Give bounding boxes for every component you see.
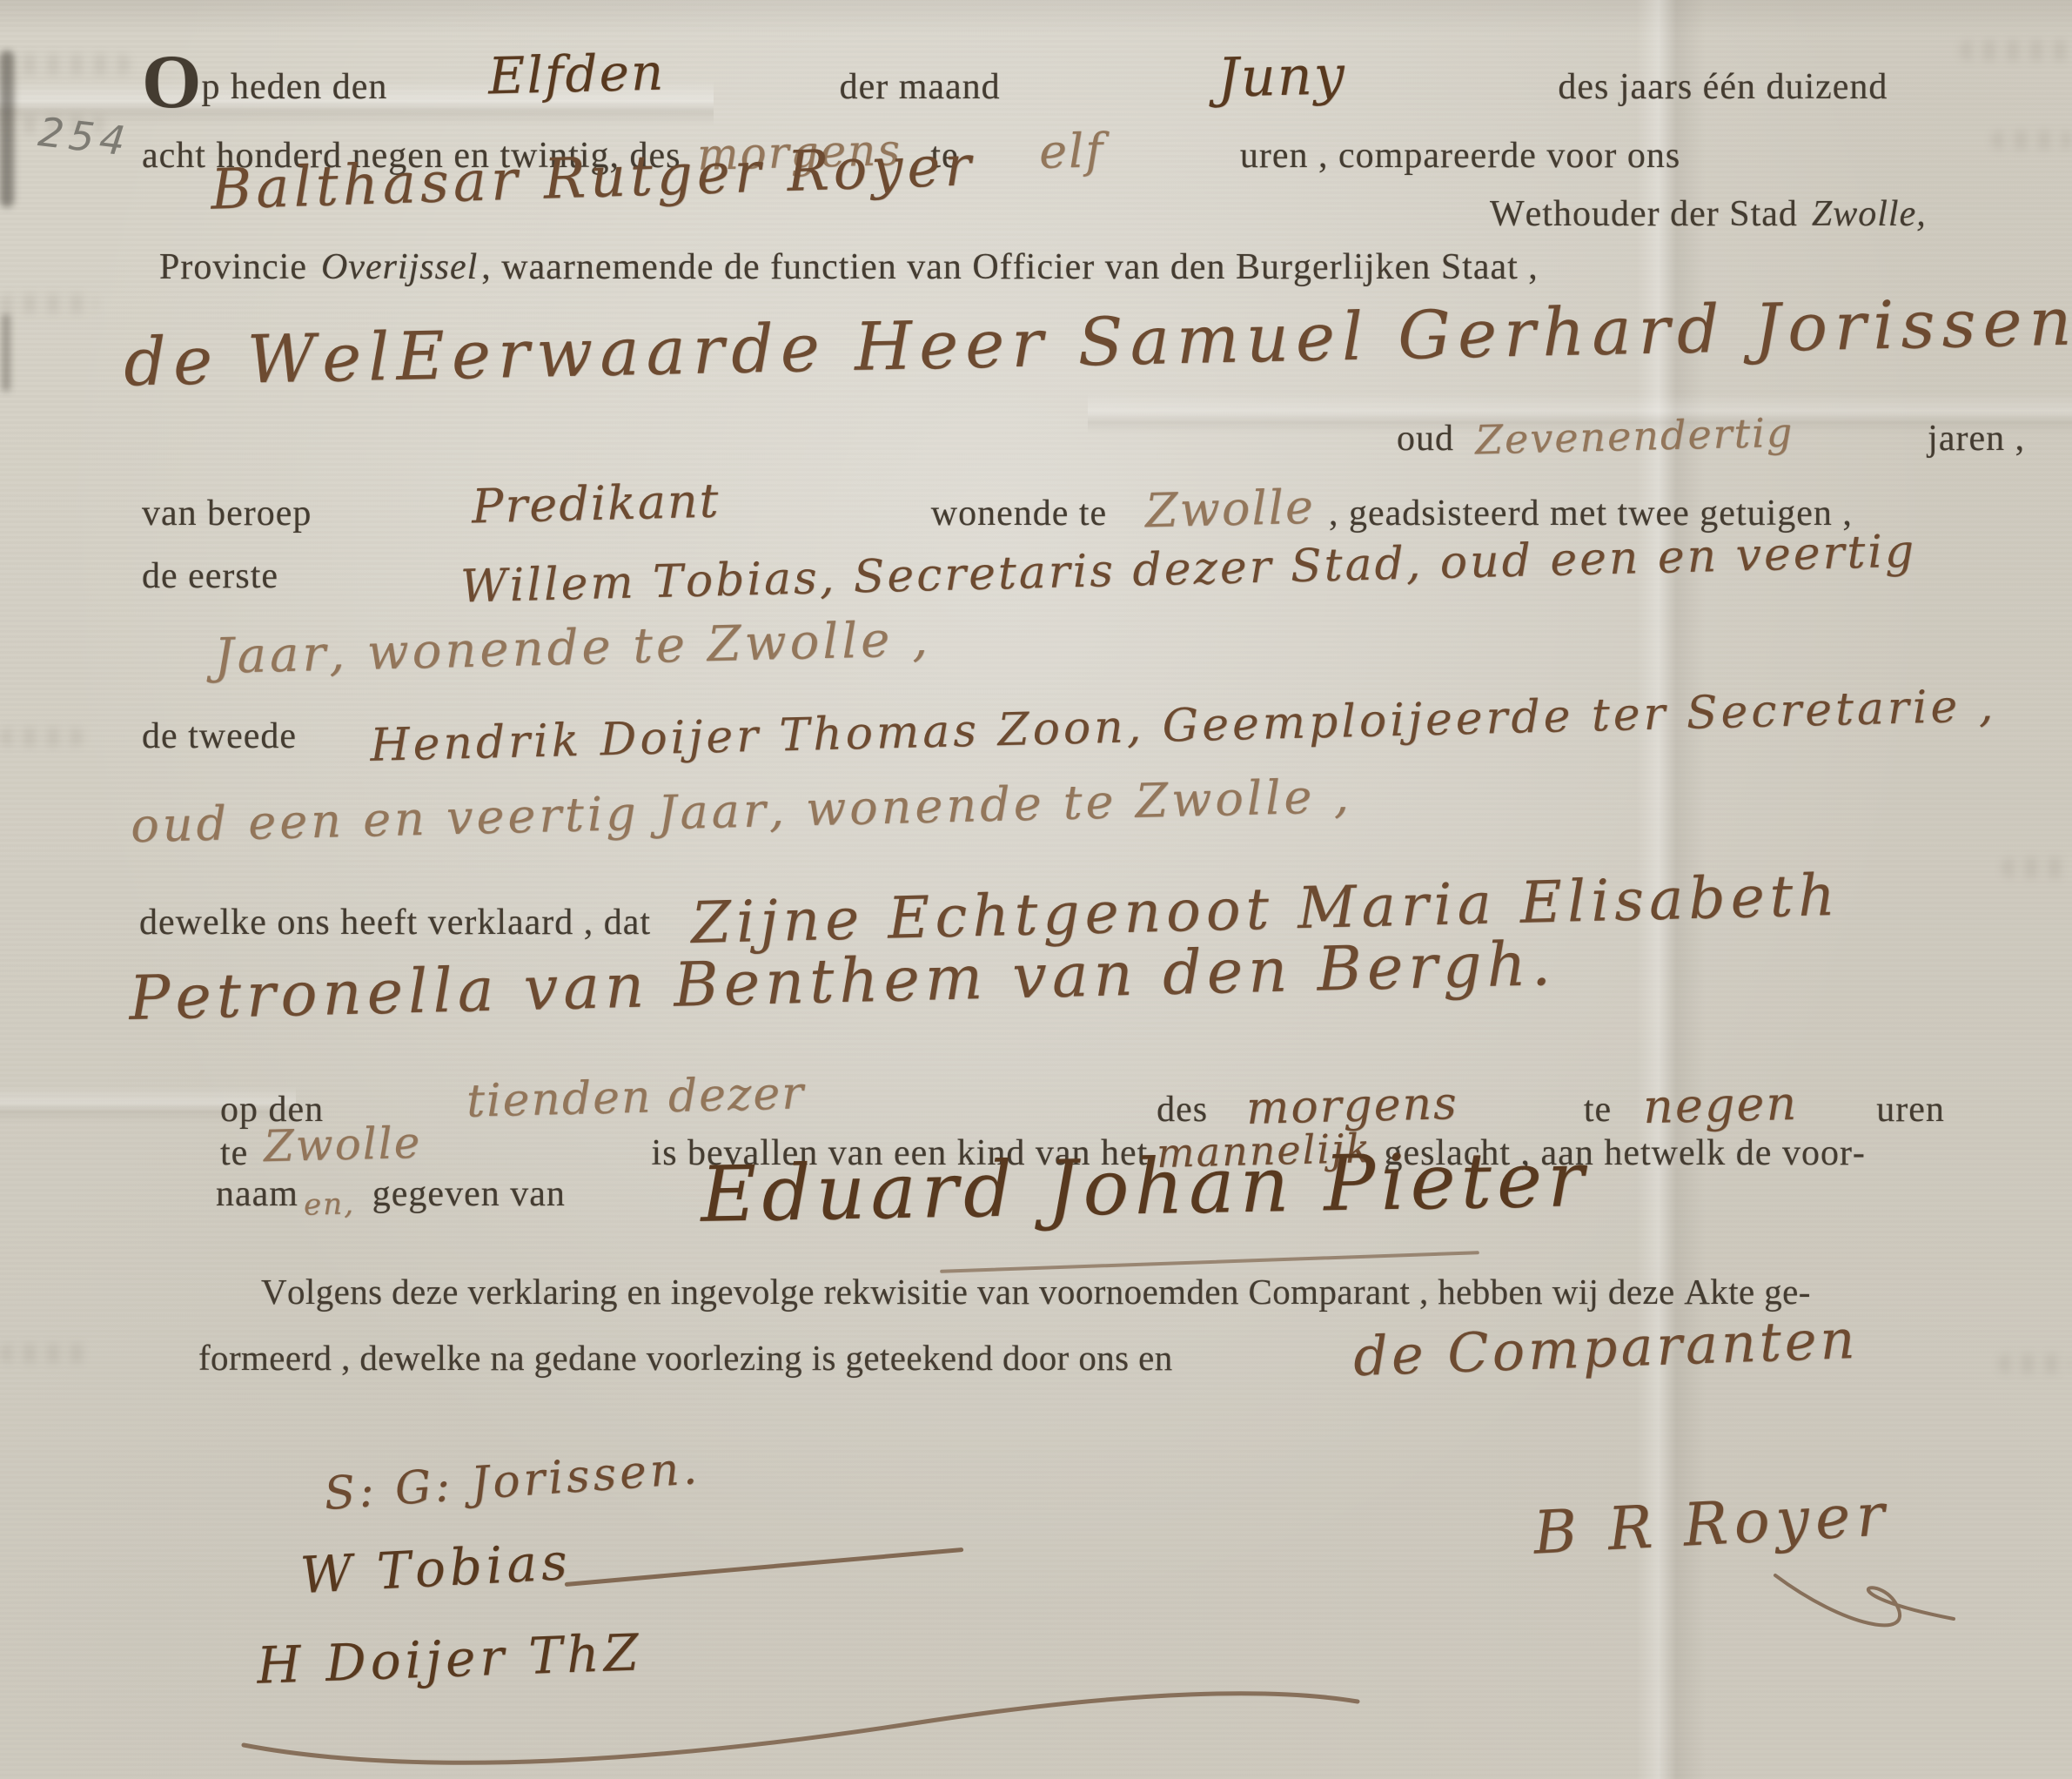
- act-line-witness1: de eerste Willem Tobias, Secretaris deze…: [142, 547, 1917, 599]
- act-number-text: 254: [36, 108, 132, 165]
- printed-text: naam: [216, 1174, 298, 1214]
- printed-text: der maand: [840, 67, 1001, 107]
- printed-text: de eerste: [142, 556, 278, 596]
- child-name: Eduard Johan Pieter: [701, 1142, 1589, 1232]
- margin-act-number: 254: [36, 107, 133, 166]
- handwritten-month: Juny: [1217, 43, 1346, 110]
- printed-text: jaren ,: [1928, 419, 2025, 459]
- child-name-flourish: [940, 1251, 1479, 1273]
- printed-text: de tweede: [142, 716, 297, 756]
- handwritten-profession: Predikant: [472, 473, 721, 534]
- act-line-opening-date: Op heden den Elfden der maand Juny des j…: [142, 48, 1888, 111]
- handwritten-comparant: de WelEerwaarde Heer Samuel Gerhard Jori…: [123, 282, 2072, 400]
- act-line-mother-2: Petronella van Benthem van den Bergh.: [129, 945, 1556, 1017]
- handwritten-birth-day: tienden dezer: [466, 1067, 805, 1127]
- official-name: Balthasar Rutger Royer: [211, 146, 976, 211]
- handwritten-official-name: Balthasar Rutger Royer: [210, 134, 976, 223]
- printed-city-italic: Zwolle,: [1812, 194, 1927, 234]
- doijer-flourish: [235, 1662, 1366, 1776]
- bleedthrough-mark: [1998, 1354, 2072, 1373]
- handwritten-birth-place: Zwolle: [264, 1118, 423, 1171]
- printed-text: te: [220, 1133, 248, 1173]
- handwritten-witness2: Hendrik Doijer Thomas Zoon, Geemploijeer…: [370, 680, 1997, 772]
- bleedthrough-mark: [0, 728, 84, 747]
- act-line-witness1-cont: Jaar, wonende te Zwolle ,: [214, 620, 931, 676]
- bleedthrough-mark: [1960, 40, 2072, 61]
- handwritten-insertion: en,: [303, 1186, 355, 1222]
- bleedthrough-mark: [0, 1344, 91, 1363]
- official-title: Wethouder der Stad Zwolle,: [1490, 193, 1927, 235]
- handwritten-witness1: Willem Tobias, Secretaris dezer Stad, ou…: [460, 526, 1917, 614]
- printed-text: , geadsisteerd met twee getuigen ,: [1329, 493, 1853, 534]
- signature-tobias: W Tobias: [298, 1532, 573, 1605]
- act-line-names: naam en, gegeven van: [216, 1173, 566, 1215]
- printed-text: Volgens deze verklaring en ingevolge rek…: [261, 1272, 1811, 1312]
- printed-text: des jaars één duizend: [1558, 67, 1888, 107]
- act-line-witness2-cont: oud een en veertig Jaar, wonende te Zwol…: [131, 783, 1352, 838]
- birth-act-scan: 254 Op heden den Elfden der maand Juny d…: [0, 0, 2072, 1779]
- signature-witness1: W Tobias: [300, 1539, 572, 1598]
- printed-text: uren: [1876, 1090, 1945, 1130]
- handwritten-hour: elf: [1038, 123, 1105, 179]
- act-line-closing-2: formeerd , dewelke na gedane voorlezing …: [198, 1337, 1173, 1379]
- printed-text: oud: [1397, 419, 1454, 459]
- handwritten-witness1-cont: Jaar, wonende te Zwolle ,: [213, 611, 931, 685]
- comparant-name: de WelEerwaarde Heer Samuel Gerhard Jori…: [124, 303, 2072, 380]
- printed-province-italic: Overijssel: [321, 247, 478, 287]
- signature-royer: B R Royer: [1532, 1480, 1892, 1568]
- act-line-age: oud Zevenendertig jaren ,: [1397, 413, 2025, 460]
- handwritten-age: Zevenendertig: [1474, 409, 1794, 464]
- handwritten-child-name: Eduard Johan Pieter: [700, 1134, 1590, 1239]
- printed-text: formeerd , dewelke na gedane voorlezing …: [198, 1338, 1173, 1378]
- signature-declarant: S: G: Jorissen.: [324, 1455, 701, 1507]
- act-line-witness2: de tweede Hendrik Doijer Thomas Zoon, Ge…: [142, 707, 1997, 759]
- signature-official: B R Royer: [1533, 1490, 1891, 1559]
- act-line-province: Provincie Overijssel , waarnemende de fu…: [159, 246, 1539, 288]
- printed-text: p heden den: [201, 67, 387, 107]
- printed-text: wonende te: [931, 493, 1107, 534]
- handwritten-comparanten: de Comparanten: [1352, 1307, 1860, 1388]
- printed-text: uren , compareerde voor ons: [1240, 136, 1680, 176]
- printed-text: van beroep: [142, 493, 312, 534]
- bleedthrough-mark: [1991, 131, 2072, 150]
- drop-cap-O: O: [142, 40, 201, 124]
- tobias-flourish: [565, 1547, 964, 1587]
- handwritten-residence: Zwolle: [1144, 480, 1315, 539]
- bleedthrough-mark: [0, 294, 97, 313]
- printed-text: gegeven van: [372, 1174, 566, 1214]
- page-edge-shadow-2: [2, 313, 10, 392]
- act-line-profession: van beroep Predikant wonende te Zwolle ,…: [142, 481, 1853, 536]
- handwritten-day: Elfden: [488, 43, 667, 106]
- act-line-closing-1: Volgens deze verklaring en ingevolge rek…: [261, 1271, 1811, 1312]
- bleedthrough-mark: [2002, 857, 2072, 878]
- royer-flourish: [1767, 1558, 1967, 1645]
- printed-text: Wethouder der Stad: [1490, 194, 1798, 234]
- closing-handwritten: de Comparanten: [1353, 1316, 1858, 1380]
- printed-text: , waarnemende de functien van Officier v…: [481, 247, 1539, 287]
- signature-jorissen: S: G: Jorissen.: [322, 1442, 701, 1521]
- printed-text: dewelke ons heeft verklaard , dat: [139, 903, 651, 943]
- bleedthrough-mark: [0, 54, 131, 75]
- act-line-declaration: dewelke ons heeft verklaard , dat Zijne …: [139, 881, 1841, 948]
- printed-text: Provincie: [159, 247, 307, 287]
- handwritten-witness2-cont: oud een en veertig Jaar, wonende te Zwol…: [130, 769, 1352, 853]
